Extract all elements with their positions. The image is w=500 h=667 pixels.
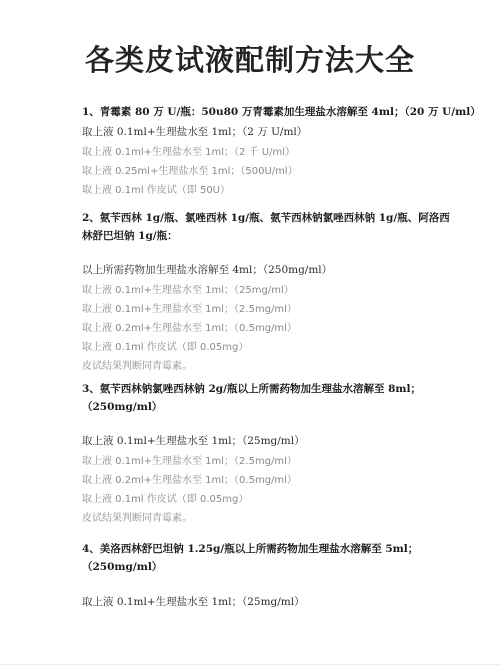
section-4-step: 取上液 0.1ml+生理盐水至 1ml；（25mg/ml） (82, 594, 305, 609)
section-2-step: 取上液 0.2ml+生理盐水至 1ml；（0.5mg/ml） (82, 319, 297, 334)
section-3-note: 皮试结果判断同青霉素。 (82, 509, 192, 524)
section-2-step: 取上液 0.1ml+生理盐水至 1ml；（25mg/ml） (82, 281, 294, 296)
section-2-step: 取上液 0.1ml+生理盐水至 1ml；（2.5mg/ml） (82, 300, 297, 315)
section-1-step: 取上液 0.25ml+生理盐水至 1ml；（500U/ml） (82, 162, 298, 177)
section-2-note: 皮试结果判断同青霉素。 (82, 357, 192, 372)
section-1-heading: 1、青霉素 80 万 U/瓶：50u80 万青霉素加生理盐水溶解至 4ml；（2… (82, 104, 481, 119)
section-1-step: 取上液 0.1ml 作皮试（即 50U） (82, 181, 230, 196)
page-bottom-divider (0, 664, 500, 665)
section-2-heading: 2、氨苄西林 1g/瓶、氯唑西林 1g/瓶、氨苄西林钠氯唑西林钠 1g/瓶、阿洛… (82, 210, 450, 225)
section-3-heading: 3、氨苄西林钠氯唑西林钠 2g/瓶以上所需药物加生理盐水溶解至 8ml； (82, 381, 421, 396)
document-page: 各类皮试液配制方法大全 1、青霉素 80 万 U/瓶：50u80 万青霉素加生理… (0, 0, 500, 667)
section-4-heading: 4、美洛西林舒巴坦钠 1.25g/瓶以上所需药物加生理盐水溶解至 5ml； (82, 541, 418, 556)
section-4-heading: （250mg/ml） (82, 559, 162, 574)
page-title: 各类皮试液配制方法大全 (0, 38, 500, 79)
section-2-step: 取上液 0.1ml 作皮试（即 0.05mg） (82, 338, 248, 353)
section-3-step: 取上液 0.1ml+生理盐水至 1ml；（2.5mg/ml） (82, 452, 297, 467)
section-3-step: 取上液 0.2ml+生理盐水至 1ml；（0.5mg/ml） (82, 471, 297, 486)
section-1-step: 取上液 0.1ml+生理盐水至 1ml；（2 千 U/ml） (82, 143, 295, 158)
section-3-step: 取上液 0.1ml 作皮试（即 0.05mg） (82, 490, 248, 505)
section-2-heading: 林舒巴坦钠 1g/瓶： (82, 228, 178, 243)
section-2-step: 以上所需药物加生理盐水溶解至 4ml；（250mg/ml） (82, 262, 332, 277)
section-1-step: 取上液 0.1ml+生理盐水至 1ml；（2 万 U/ml） (82, 124, 307, 139)
section-3-heading: （250mg/ml） (82, 399, 162, 414)
section-3-step: 取上液 0.1ml+生理盐水至 1ml；（25mg/ml） (82, 433, 305, 448)
